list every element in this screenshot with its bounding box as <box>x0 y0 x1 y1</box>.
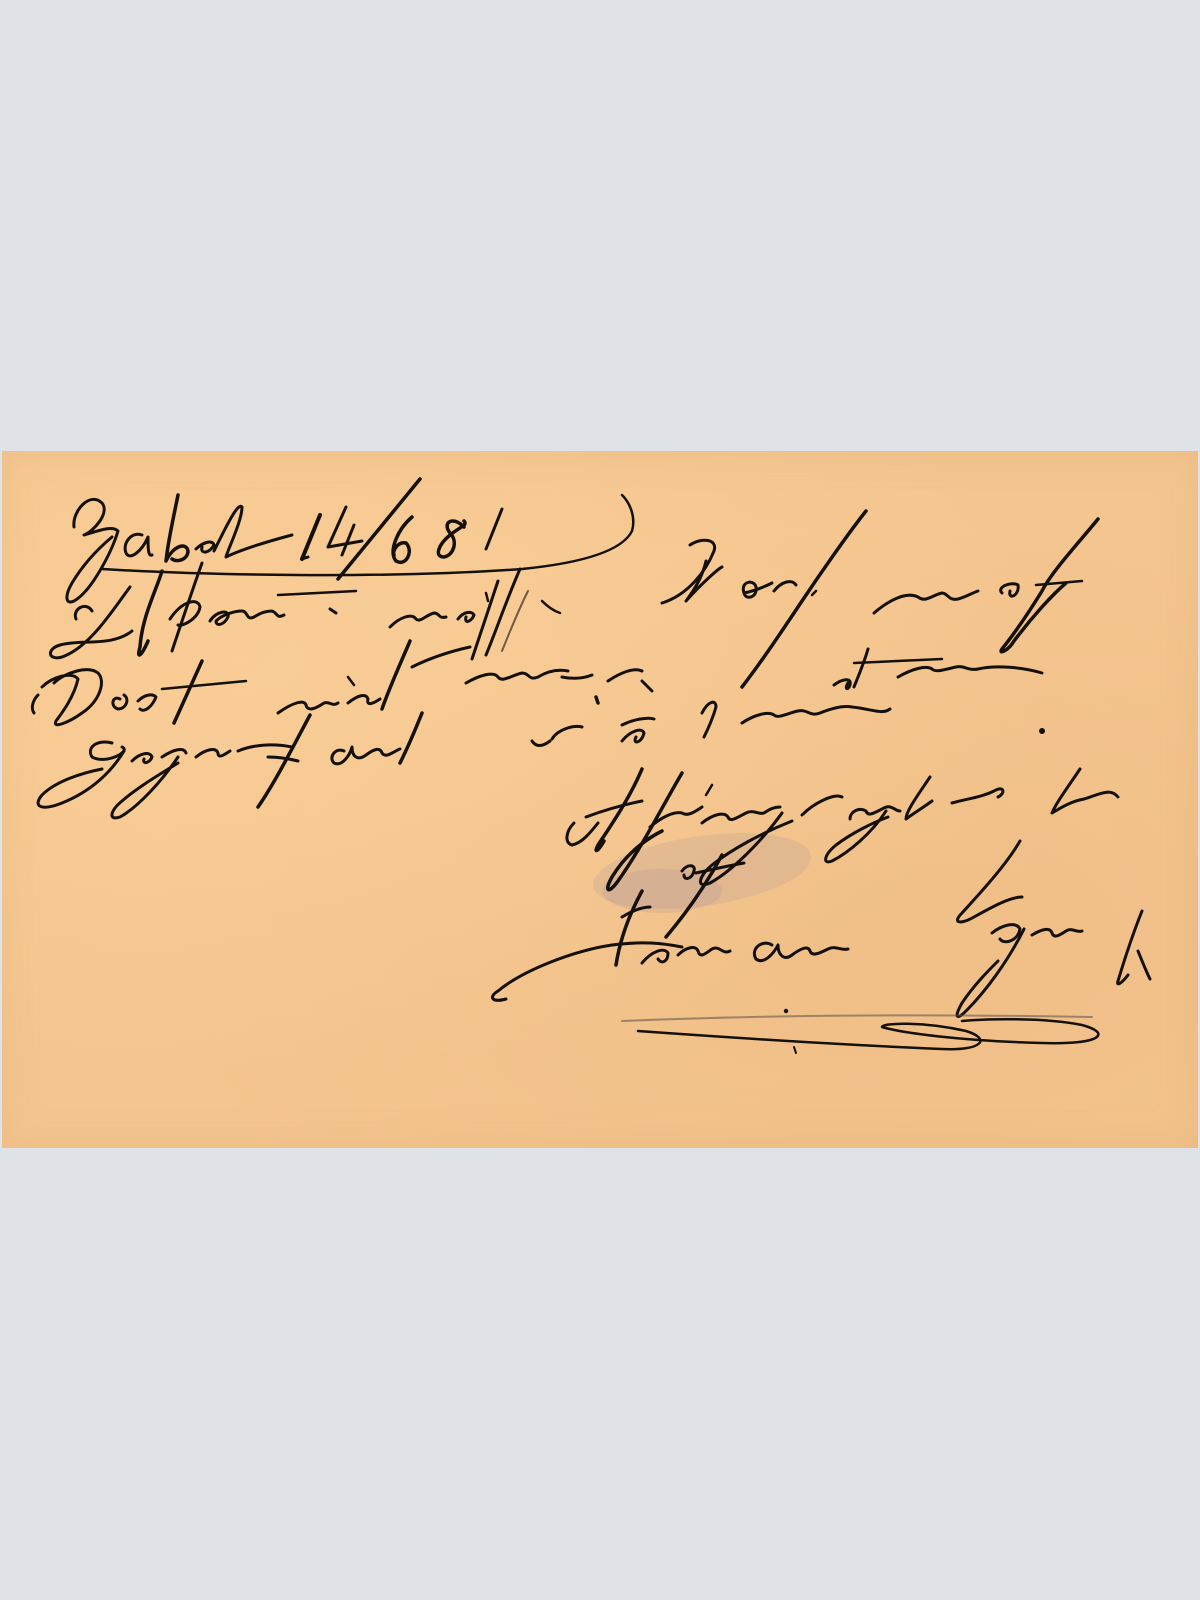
signature-strokes <box>492 841 1150 1053</box>
postcard: Gabel 14/6 81 Ich kann nächste Woche nac… <box>2 451 1198 1148</box>
body-line-1-strokes <box>50 511 1098 687</box>
body-line-2-strokes <box>32 641 1042 725</box>
handwriting-strokes <box>2 451 1198 1148</box>
header-strokes <box>67 479 633 602</box>
body-line-3-strokes <box>38 702 1045 818</box>
page-background: Gabel 14/6 81 Ich kann nächste Woche nac… <box>0 0 1200 1600</box>
